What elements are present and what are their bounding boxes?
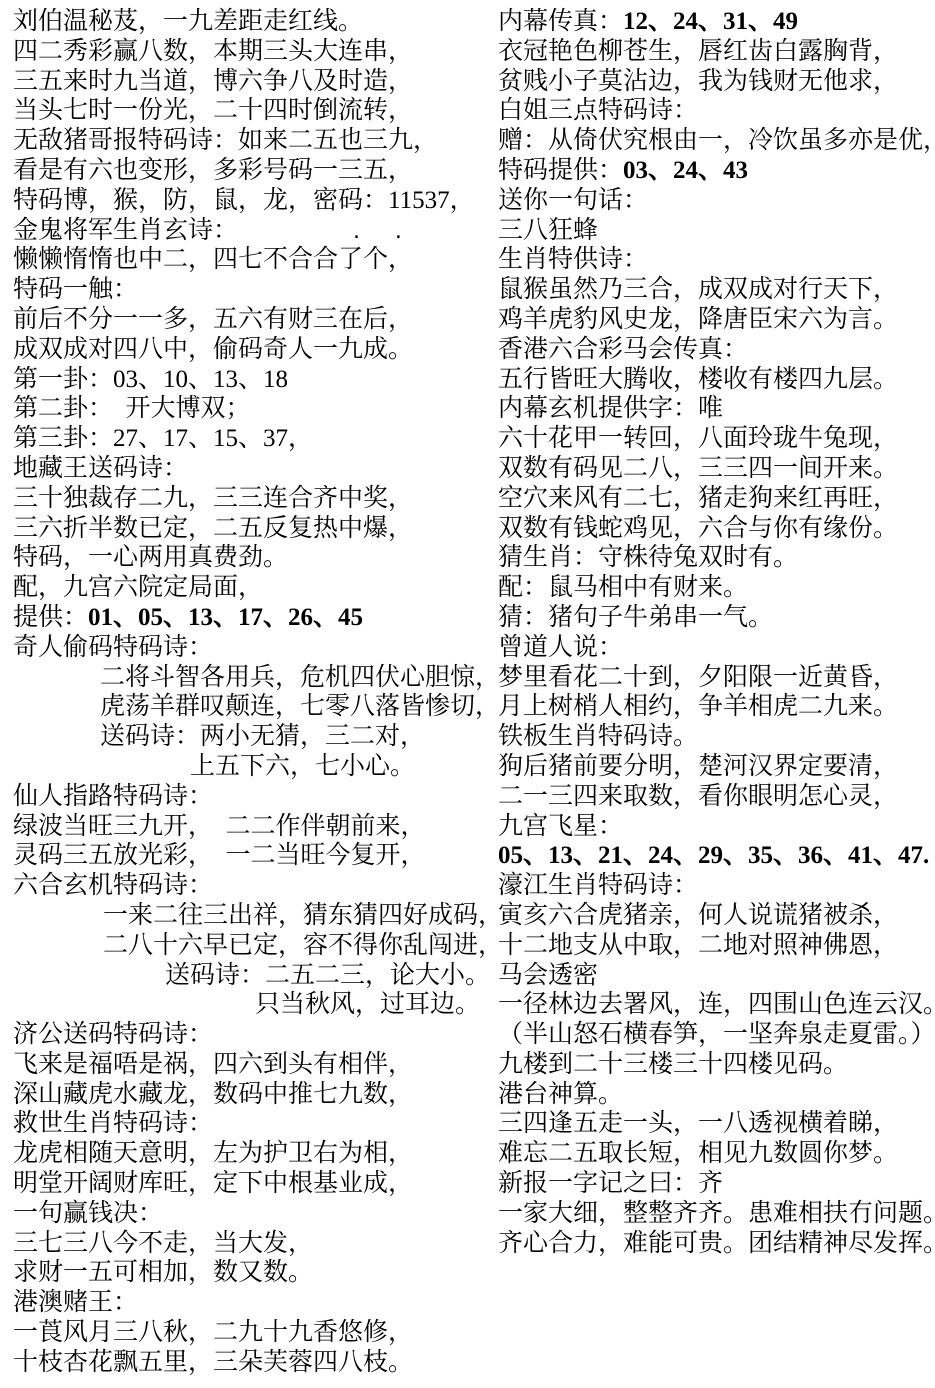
text-line: 第三卦：27、17、15、37， [13, 424, 491, 454]
text-segment: 第三卦： [13, 424, 113, 452]
text-segment: 金鬼将军生肖玄诗： [13, 216, 238, 244]
text-line: 内幕玄机提供字：唯 [498, 394, 934, 424]
text-line: 懒懒惰惰也中二，四七不合合了个， [13, 245, 491, 275]
text-line: 一句赢钱决： [13, 1199, 491, 1229]
text-line: 第二卦： 开大博双； [13, 394, 491, 424]
text-line: 二一三四来取数，看你眼明怎心灵， [498, 782, 934, 812]
text-segment: 第一卦： [13, 365, 113, 393]
text-line: 特码，一心两用真费劲。 [13, 543, 491, 573]
text-segment: 鼠猴虽然乃三合，成双成对行天下， [498, 275, 898, 303]
text-segment: 懒懒惰惰也中二，四七不合合了个， [13, 245, 413, 273]
text-segment: 救世生肖特码诗： [13, 1109, 213, 1137]
text-line: 鼠猴虽然乃三合，成双成对行天下， [498, 275, 934, 305]
text-segment: 狗后猪前要分明，楚河汉界定要清， [498, 752, 898, 780]
text-segment: 飞来是福唔是祸，四六到头有相伴， [13, 1050, 413, 1078]
text-line: 十枝杏花飘五里，三朵芙蓉四八枝。 [13, 1348, 491, 1378]
text-line: 曾道人说： [498, 633, 934, 663]
text-segment: 港澳赌王： [13, 1288, 138, 1316]
text-line: 金鬼将军生肖玄诗：. . [13, 216, 491, 246]
text-segment: 一径林边去署风，连，四围山色连云汉。 [498, 990, 935, 1018]
text-segment: 特码一触： [13, 275, 138, 303]
text-segment: 鸡羊虎豹风史龙，降唐臣宋六为言。 [498, 305, 898, 333]
text-segment: 三十独裁存二九，三三连合齐中奖， [13, 484, 413, 512]
text-line: 当头七时一份光，二十四时倒流转， [13, 96, 491, 126]
text-line: 特码博，猴，防，鼠，龙，密码：11537， [13, 186, 491, 216]
text-line: 猜生肖：守株待兔双时有。 [498, 543, 934, 573]
text-segment: 猜生肖：守株待兔双时有。 [498, 543, 798, 571]
text-segment: 第二卦： 开大博双； [13, 394, 251, 422]
page: { "page": { "background": "#ffffff", "te… [0, 0, 935, 1388]
text-line: 三五来时九当道，博六争八及时造， [13, 67, 491, 97]
text-line: 九楼到二十三楼三十四楼见码。 [498, 1050, 934, 1080]
text-segment: 前后不分一一多，五六有财三在后， [13, 305, 413, 333]
text-segment: 当头七时一份光，二十四时倒流转， [13, 96, 413, 124]
text-line: 送码诗：二五二三，论大小。 [13, 961, 491, 991]
text-segment: 特码提供： [498, 156, 623, 184]
text-segment: 曾道人说： [498, 633, 623, 661]
text-segment: 六合玄机特码诗： [13, 871, 213, 899]
text-line: 新报一字记之曰：齐 [498, 1169, 934, 1199]
text-line: （半山怒石横春笋，一坚奔泉走夏雷。） [498, 1020, 934, 1050]
text-segment: 龙虎相随天意明，左为护卫右为相， [13, 1139, 413, 1167]
text-segment: 五行皆旺大腾收，楼收有楼四九层。 [498, 365, 898, 393]
text-segment: 二将斗智各用兵，危机四伏心胆惊， [100, 663, 500, 691]
text-line: 前后不分一一多，五六有财三在后， [13, 305, 491, 335]
text-segment: 三六折半数已定，二五反复热中爆， [13, 514, 413, 542]
text-line: 送你一句话： [498, 186, 934, 216]
text-segment: 一家大细，整整齐齐。患难相扶冇问题。 [498, 1199, 935, 1227]
text-line: 九宫飞星： [498, 812, 934, 842]
text-segment: 成双成对四八中，偷码奇人一九成。 [13, 335, 413, 363]
text-segment: 十二地支从中取，二地对照神佛恩， [498, 931, 898, 959]
text-line: 特码提供：03、24、43 [498, 156, 934, 186]
text-line: 深山藏虎水藏龙，数码中推七九数， [13, 1080, 491, 1110]
text-segment: 配，九宫六院定局面， [13, 573, 263, 601]
text-segment: 双数有钱蛇鸡见，六合与你有缘份。 [498, 514, 898, 542]
text-line: 送码诗：两小无猜，三二对， [13, 722, 491, 752]
text-line: 双数有钱蛇鸡见，六合与你有缘份。 [498, 514, 934, 544]
text-line: 绿波当旺三九开， 二二作伴朝前来， [13, 812, 491, 842]
text-segment: 难忘二五取长短，相见九数圆你梦。 [498, 1139, 898, 1167]
text-line: 三八狂蜂 [498, 216, 934, 246]
text-segment: 马会透密 [498, 961, 598, 989]
text-segment: 三五来时九当道，博六争八及时造， [13, 67, 413, 95]
text-segment: 港台神算。 [498, 1080, 623, 1108]
text-line: 飞来是福唔是祸，四六到头有相伴， [13, 1050, 491, 1080]
text-segment: 铁板生肖特码诗。 [498, 722, 698, 750]
text-line: 三七三八今不走，当大发， [13, 1229, 491, 1259]
text-line: 生肖特供诗： [498, 245, 934, 275]
text-line: 看是有六也变形，多彩号码一三五， [13, 156, 491, 186]
text-segment: 送你一句话： [498, 186, 648, 214]
text-line: 三四逢五走一头，一八透视横着睇， [498, 1109, 934, 1139]
text-segment: 内幕玄机提供字：唯 [498, 394, 723, 422]
text-line: 齐心合力，难能可贵。团结精神尽发挥。 [498, 1229, 934, 1259]
text-segment: （半山怒石横春笋，一坚奔泉走夏雷。） [498, 1020, 935, 1048]
text-segment: 贫贱小子莫沾边，我为钱财无他求， [498, 67, 898, 95]
text-segment: 月上树梢人相约，争羊相虎二九来。 [498, 692, 898, 720]
text-segment: 灵码三五放光彩， 一二当旺今复开， [13, 841, 426, 869]
number-run: 01、05、13、17、26、45 [88, 604, 363, 631]
text-segment: 仙人指路特码诗： [13, 782, 213, 810]
text-segment: ， [288, 424, 313, 452]
text-segment: 绿波当旺三九开， 二二作伴朝前来， [13, 812, 426, 840]
text-line: 无敌猪哥报特码诗：如来二五也三九， [13, 126, 491, 156]
text-line: 月上树梢人相约，争羊相虎二九来。 [498, 692, 934, 722]
text-segment: 特码博，猴，防，鼠，龙，密码： [13, 186, 388, 214]
text-line: 成双成对四八中，偷码奇人一九成。 [13, 335, 491, 365]
text-segment: 地藏王送码诗： [13, 454, 188, 482]
text-line: 济公送码特码诗： [13, 1020, 491, 1050]
text-segment: 二一三四来取数，看你眼明怎心灵， [498, 782, 898, 810]
number-run: 03、10、13、18 [113, 366, 288, 393]
text-line: 一家大细，整整齐齐。患难相扶冇问题。 [498, 1199, 934, 1229]
text-line: 救世生肖特码诗： [13, 1109, 491, 1139]
text-line: 明堂开阔财库旺，定下中根基业成， [13, 1169, 491, 1199]
text-line: 双数有码见二八，三三四一间开来。 [498, 454, 934, 484]
text-segment: 求财一五可相加，数又数。 [13, 1258, 313, 1286]
text-segment: 四二秀彩赢八数，本期三头大连串， [13, 37, 413, 65]
text-line: 05、13、21、24、29、35、36、41、47. [498, 841, 934, 871]
text-line: 空穴来风有二七，猪走狗来红再旺， [498, 484, 934, 514]
text-line: 一莨风月三八秋，二九十九香悠修， [13, 1318, 491, 1348]
text-line: 特码一触： [13, 275, 491, 305]
text-line: 难忘二五取长短，相见九数圆你梦。 [498, 1139, 934, 1169]
text-line: 仙人指路特码诗： [13, 782, 491, 812]
text-line: 衣冠艳色柳苍生，唇红齿白露胸背， [498, 37, 934, 67]
text-segment: 新报一字记之曰：齐 [498, 1169, 723, 1197]
right-text-column: 内幕传真：12、24、31、49衣冠艳色柳苍生，唇红齿白露胸背，贫贱小子莫沾边，… [498, 7, 934, 1258]
text-segment: 一来二往三出祥，猜东猜四好成码， [103, 901, 503, 929]
text-segment: 配：鼠马相中有财来。 [498, 573, 748, 601]
text-segment: 三四逢五走一头，一八透视横着睇， [498, 1109, 898, 1137]
text-segment: 齐心合力，难能可贵。团结精神尽发挥。 [498, 1229, 935, 1257]
text-line: 灵码三五放光彩， 一二当旺今复开， [13, 841, 491, 871]
text-line: 狗后猪前要分明，楚河汉界定要清， [498, 752, 934, 782]
text-segment: 奇人偷码特码诗： [13, 633, 213, 661]
text-line: 铁板生肖特码诗。 [498, 722, 934, 752]
text-segment: 双数有码见二八，三三四一间开来。 [498, 454, 898, 482]
text-line: 五行皆旺大腾收，楼收有楼四九层。 [498, 365, 934, 395]
text-line: 贫贱小子莫沾边，我为钱财无他求， [498, 67, 934, 97]
text-line: 赠：从倚伏究根由一，冷饮虽多亦是优， [498, 126, 934, 156]
text-line: 虎荡羊群叹颠连，七零八落皆惨切， [13, 692, 491, 722]
text-line: 马会透密 [498, 961, 934, 991]
ellipsis-dots: . . [353, 216, 416, 244]
text-line: 白姐三点特码诗： [498, 96, 934, 126]
text-segment: 明堂开阔财库旺，定下中根基业成， [13, 1169, 413, 1197]
text-segment: 深山藏虎水藏龙，数码中推七九数， [13, 1080, 413, 1108]
text-line: 香港六合彩马会传真： [498, 335, 934, 365]
text-line: 寅亥六合虎猪亲，何人说谎猪被杀， [498, 901, 934, 931]
text-segment: 二八十六早已定，容不得你乱闯进， [103, 931, 503, 959]
left-text-column: 刘伯温秘芨，一九差距走红线。四二秀彩赢八数，本期三头大连串，三五来时九当道，博六… [13, 7, 491, 1378]
text-segment: 六十花甲一转回，八面玲珑牛兔现， [498, 424, 898, 452]
text-line: 港台神算。 [498, 1080, 934, 1110]
text-segment: 济公送码特码诗： [13, 1020, 213, 1048]
text-segment: ， [450, 186, 475, 214]
text-line: 三六折半数已定，二五反复热中爆， [13, 514, 491, 544]
text-segment: 濠江生肖特码诗： [498, 871, 698, 899]
text-segment: 只当秋风，过耳边。 [255, 990, 480, 1018]
text-line: 六十花甲一转回，八面玲珑牛兔现， [498, 424, 934, 454]
text-segment: 猜：猪句子牛弟串一气。 [498, 603, 773, 631]
text-line: 求财一五可相加，数又数。 [13, 1258, 491, 1288]
text-segment: 送码诗：二五二三，论大小。 [165, 961, 490, 989]
text-line: 濠江生肖特码诗： [498, 871, 934, 901]
text-line: 二八十六早已定，容不得你乱闯进， [13, 931, 491, 961]
text-line: 配：鼠马相中有财来。 [498, 573, 934, 603]
text-segment: 衣冠艳色柳苍生，唇红齿白露胸背， [498, 37, 898, 65]
text-line: 配，九宫六院定局面， [13, 573, 491, 603]
text-line: 上五下六，七小心。 [13, 752, 491, 782]
text-line: 龙虎相随天意明，左为护卫右为相， [13, 1139, 491, 1169]
text-segment: 生肖特供诗： [498, 245, 648, 273]
text-line: 内幕传真：12、24、31、49 [498, 7, 934, 37]
number-run: 05、13、21、24、29、35、36、41、47. [498, 842, 929, 869]
text-segment: 上五下六，七小心。 [190, 752, 415, 780]
text-segment: 一句赢钱决： [13, 1199, 163, 1227]
text-segment: 梦里看花二十到，夕阳限一近黄昏， [498, 663, 898, 691]
number-run: 27、17、15、37 [113, 425, 288, 452]
text-line: 四二秀彩赢八数，本期三头大连串， [13, 37, 491, 67]
text-line: 第一卦：03、10、13、18 [13, 365, 491, 395]
text-line: 只当秋风，过耳边。 [13, 990, 491, 1020]
text-segment: 三七三八今不走，当大发， [13, 1229, 313, 1257]
text-line: 三十独裁存二九，三三连合齐中奖， [13, 484, 491, 514]
text-line: 地藏王送码诗： [13, 454, 491, 484]
text-line: 奇人偷码特码诗： [13, 633, 491, 663]
text-segment: 三八狂蜂 [498, 216, 598, 244]
text-segment: 内幕传真： [498, 7, 623, 35]
text-line: 提供：01、05、13、17、26、45 [13, 603, 491, 633]
number-run: 12、24、31、49 [623, 8, 798, 35]
number-run: 03、24、43 [623, 157, 748, 184]
text-segment: 九宫飞星： [498, 812, 623, 840]
text-line: 刘伯温秘芨，一九差距走红线。 [13, 7, 491, 37]
text-segment: 十枝杏花飘五里，三朵芙蓉四八枝。 [13, 1348, 413, 1376]
number-run: 11537 [388, 187, 450, 214]
text-segment: 提供： [13, 603, 88, 631]
text-segment: 九楼到二十三楼三十四楼见码。 [498, 1050, 848, 1078]
text-line: 鸡羊虎豹风史龙，降唐臣宋六为言。 [498, 305, 934, 335]
text-segment: 赠：从倚伏究根由一，冷饮虽多亦是优， [498, 126, 935, 154]
text-segment: 白姐三点特码诗： [498, 96, 698, 124]
text-segment: 看是有六也变形，多彩号码一三五， [13, 156, 413, 184]
text-line: 梦里看花二十到，夕阳限一近黄昏， [498, 663, 934, 693]
text-line: 二将斗智各用兵，危机四伏心胆惊， [13, 663, 491, 693]
text-line: 一来二往三出祥，猜东猜四好成码， [13, 901, 491, 931]
text-segment: 送码诗：两小无猜，三二对， [100, 722, 425, 750]
text-segment: 特码，一心两用真费劲。 [13, 543, 288, 571]
text-segment: 寅亥六合虎猪亲，何人说谎猪被杀， [498, 901, 898, 929]
text-line: 港澳赌王： [13, 1288, 491, 1318]
text-segment: 无敌猪哥报特码诗：如来二五也三九， [13, 126, 438, 154]
text-segment: 空穴来风有二七，猪走狗来红再旺， [498, 484, 898, 512]
text-segment: 虎荡羊群叹颠连，七零八落皆惨切， [100, 692, 500, 720]
text-segment: 香港六合彩马会传真： [498, 335, 748, 363]
text-line: 十二地支从中取，二地对照神佛恩， [498, 931, 934, 961]
text-line: 猜：猪句子牛弟串一气。 [498, 603, 934, 633]
text-line: 六合玄机特码诗： [13, 871, 491, 901]
text-line: 一径林边去署风，连，四围山色连云汉。 [498, 990, 934, 1020]
text-segment: 一莨风月三八秋，二九十九香悠修， [13, 1318, 413, 1346]
text-segment: 刘伯温秘芨，一九差距走红线。 [13, 7, 363, 35]
